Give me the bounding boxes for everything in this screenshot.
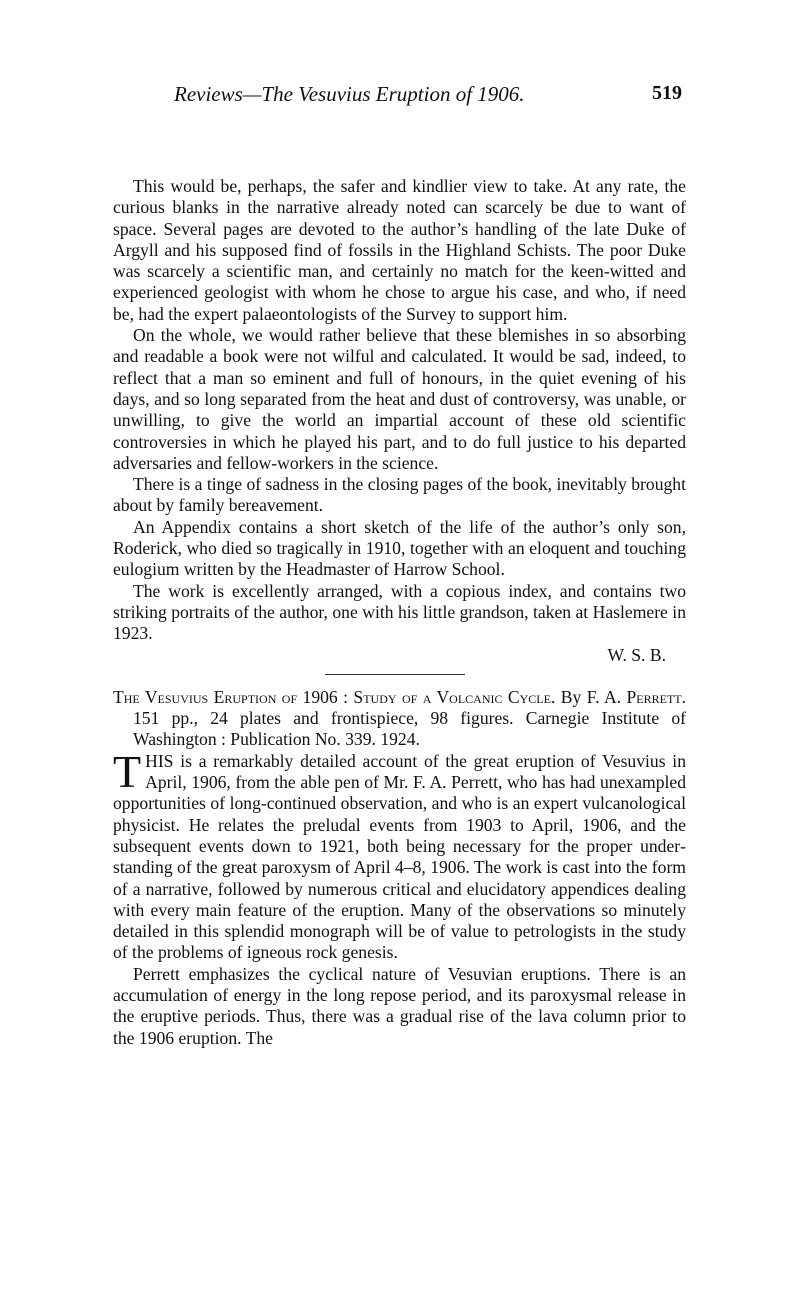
paragraph: Perrett emphasizes the cyclical nature o…	[113, 964, 686, 1049]
book-title: The Vesuvius Eruption of 1906 : Study of…	[113, 687, 555, 707]
citation-by: By	[561, 687, 582, 707]
running-head: Reviews—The Vesuvius Eruption of 1906. 5…	[113, 82, 686, 112]
paragraph: On the whole, we would rather believe th…	[113, 325, 686, 474]
book-citation: The Vesuvius Eruption of 1906 : Study of…	[113, 687, 686, 751]
page-number: 519	[652, 82, 682, 105]
book-author: F. A. Perrett.	[587, 687, 686, 707]
running-title: Reviews—The Vesuvius Eruption of 1906.	[174, 82, 525, 107]
section-divider	[325, 674, 465, 675]
body-text: This would be, perhaps, the safer and ki…	[113, 176, 686, 1049]
opening-text: HIS is a remarkably detailed account of …	[113, 751, 686, 963]
paragraph: The work is excellently arranged, with a…	[113, 581, 686, 645]
paragraph: This would be, perhaps, the safer and ki…	[113, 176, 686, 325]
drop-cap: T	[113, 753, 141, 791]
paragraph: There is a tinge of sadness in the closi…	[113, 474, 686, 517]
paragraph: An Appendix contains a short sketch of t…	[113, 517, 686, 581]
review-opening-paragraph: THIS is a remarkably detailed account of…	[113, 751, 686, 964]
reviewer-signature: W. S. B.	[113, 645, 686, 666]
book-details: 151 pp., 24 plates and frontispiece, 98 …	[133, 708, 686, 749]
